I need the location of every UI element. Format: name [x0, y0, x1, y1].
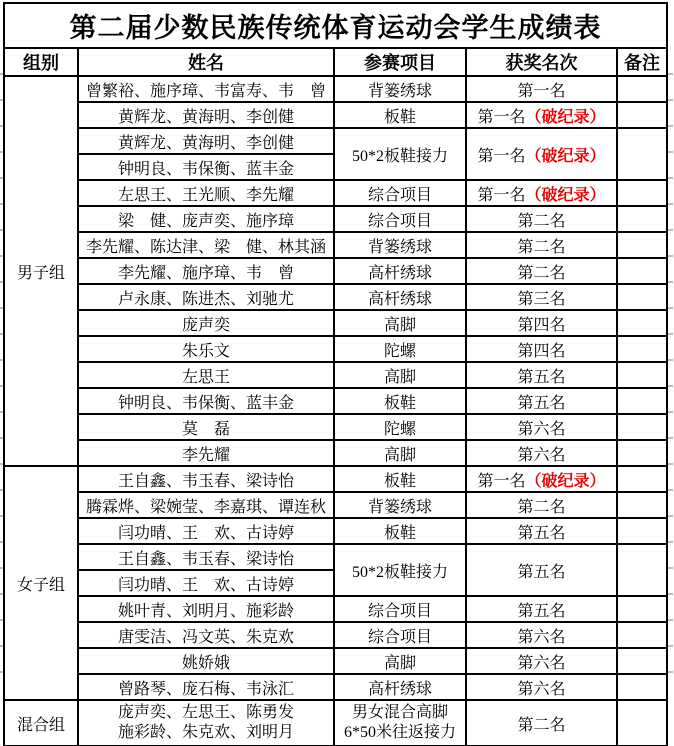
rank-cell: 第一名（破纪录）: [466, 466, 617, 492]
note-cell: [617, 76, 667, 102]
rank-text: 第六名: [517, 447, 565, 464]
names-cell: 姚娇娥: [78, 648, 334, 674]
names-cell: 梁 健、庞声奕、施序璋: [78, 206, 334, 232]
names-cell: 闫功晴、王 欢、古诗婷: [78, 570, 334, 596]
note-cell: [617, 492, 667, 518]
rank-cell: 第二名: [466, 700, 617, 746]
table-row: 唐雯洁、冯文英、朱克欢 综合项目 第六名: [4, 622, 667, 648]
rank-cell: 第五名: [466, 518, 617, 544]
rank-text: 第五名: [517, 369, 565, 386]
rank-text: 第二名: [517, 717, 565, 734]
record-broken-label: （破纪录）: [526, 148, 606, 165]
event-cell: 板鞋: [334, 102, 466, 128]
rank-text: 第三名: [517, 291, 565, 308]
note-cell: [617, 648, 667, 674]
event-cell: 陀螺: [334, 414, 466, 440]
note-cell: [617, 232, 667, 258]
table-row: 莫 磊 陀螺 第六名: [4, 414, 667, 440]
rank-cell: 第二名: [466, 492, 617, 518]
table-row: 王自鑫、韦玉春、梁诗怡 50*2板鞋接力 第五名: [4, 544, 667, 570]
names-cell: 唐雯洁、冯文英、朱克欢: [78, 622, 334, 648]
event-cell: 高脚: [334, 362, 466, 388]
event-cell: 高杆绣球: [334, 258, 466, 284]
event-cell: 高脚: [334, 310, 466, 336]
rank-cell: 第四名: [466, 336, 617, 362]
table-row: 梁 健、庞声奕、施序璋 综合项目 第二名: [4, 206, 667, 232]
rank-cell: 第一名: [466, 76, 617, 102]
names-cell: 庞声奕、左思王、陈勇发 施彩龄、朱克欢、刘明月: [78, 700, 334, 746]
names-cell: 王自鑫、韦玉春、梁诗怡: [78, 544, 334, 570]
note-cell: [617, 414, 667, 440]
event-cell: 高杆绣球: [334, 284, 466, 310]
note-cell: [617, 596, 667, 622]
col-header-event: 参赛项目: [334, 48, 466, 76]
table-row: 庞声奕 高脚 第四名: [4, 310, 667, 336]
note-cell: [617, 388, 667, 414]
table-row: 闫功晴、王 欢、古诗婷 板鞋 第五名: [4, 518, 667, 544]
event-cell: 50*2板鞋接力: [334, 544, 466, 596]
rank-cell: 第六名: [466, 674, 617, 700]
note-cell: [617, 362, 667, 388]
table-row: 李先耀、施序璋、韦 曾 高杆绣球 第二名: [4, 258, 667, 284]
rank-cell: 第一名（破纪录）: [466, 128, 617, 180]
names-cell: 李先耀: [78, 440, 334, 466]
table-row: 左思王 高脚 第五名: [4, 362, 667, 388]
rank-text: 第一名: [477, 187, 525, 204]
note-cell: [617, 466, 667, 492]
table-row: 卢永康、陈进杰、刘驰尤 高杆绣球 第三名: [4, 284, 667, 310]
table-row: 钟明良、韦保衡、蓝丰金 板鞋 第五名: [4, 388, 667, 414]
event-cell: 高杆绣球: [334, 674, 466, 700]
event-cell: 背篓绣球: [334, 492, 466, 518]
note-cell: [617, 258, 667, 284]
rank-text: 第五名: [517, 525, 565, 542]
rank-cell: 第二名: [466, 258, 617, 284]
rank-text: 第四名: [517, 343, 565, 360]
event-cell: 综合项目: [334, 622, 466, 648]
score-sheet: 第二届少数民族传统体育运动会学生成绩表 组别 姓名 参赛项目 获奖名次 备注 男…: [3, 2, 668, 746]
names-cell: 曾路琴、庞石梅、韦泳汇: [78, 674, 334, 700]
table-row: 李先耀 高脚 第六名: [4, 440, 667, 466]
rank-text: 第五名: [517, 395, 565, 412]
rank-cell: 第二名: [466, 232, 617, 258]
rank-text: 第五名: [517, 564, 565, 581]
names-cell: 李先耀、陈达津、梁 健、林其涵: [78, 232, 334, 258]
score-table: 第二届少数民族传统体育运动会学生成绩表 组别 姓名 参赛项目 获奖名次 备注 男…: [3, 2, 668, 746]
names-cell: 钟明良、韦保衡、蓝丰金: [78, 154, 334, 180]
page-title: 第二届少数民族传统体育运动会学生成绩表: [4, 3, 667, 48]
rank-text: 第一名: [517, 83, 565, 100]
record-broken-label: （破纪录）: [526, 473, 606, 490]
names-cell: 黄辉龙、黄海明、李创健: [78, 128, 334, 154]
rank-cell: 第五名: [466, 596, 617, 622]
col-header-names: 姓名: [78, 48, 334, 76]
rank-cell: 第一名（破纪录）: [466, 180, 617, 206]
rank-cell: 第六名: [466, 414, 617, 440]
names-cell: 姚叶青、刘明月、施彩龄: [78, 596, 334, 622]
rank-text: 第二名: [517, 499, 565, 516]
table-row: 混合组 庞声奕、左思王、陈勇发 施彩龄、朱克欢、刘明月 男女混合高脚 6*50米…: [4, 700, 667, 746]
table-row: 姚娇娥 高脚 第六名: [4, 648, 667, 674]
names-cell: 朱乐文: [78, 336, 334, 362]
note-cell: [617, 128, 667, 180]
names-cell: 曾繁裕、施序璋、韦富寿、韦 曾: [78, 76, 334, 102]
rank-text: 第六名: [517, 681, 565, 698]
rank-text: 第二名: [517, 239, 565, 256]
col-header-note: 备注: [617, 48, 667, 76]
event-cell: 50*2板鞋接力: [334, 128, 466, 180]
event-cell: 男女混合高脚 6*50米往返接力: [334, 700, 466, 746]
group-label-men: 男子组: [4, 76, 78, 466]
table-row: 左思王、王光顺、李先耀 综合项目 第一名（破纪录）: [4, 180, 667, 206]
rank-cell: 第六名: [466, 622, 617, 648]
col-header-group: 组别: [4, 48, 78, 76]
event-cell: 综合项目: [334, 206, 466, 232]
rank-cell: 第五名: [466, 362, 617, 388]
names-cell: 腾霖烨、梁婉莹、李嘉琪、谭连秋: [78, 492, 334, 518]
rank-text: 第一名: [477, 473, 525, 490]
rank-cell: 第二名: [466, 206, 617, 232]
note-cell: [617, 336, 667, 362]
note-cell: [617, 206, 667, 232]
note-cell: [617, 440, 667, 466]
names-cell: 李先耀、施序璋、韦 曾: [78, 258, 334, 284]
rank-text: 第六名: [517, 421, 565, 438]
table-row: 腾霖烨、梁婉莹、李嘉琪、谭连秋 背篓绣球 第二名: [4, 492, 667, 518]
rank-text: 第二名: [517, 265, 565, 282]
rank-text: 第四名: [517, 317, 565, 334]
rank-text: 第五名: [517, 603, 565, 620]
note-cell: [617, 622, 667, 648]
names-cell: 黄辉龙、黄海明、李创健: [78, 102, 334, 128]
rank-cell: 第五名: [466, 544, 617, 596]
rank-text: 第六名: [517, 655, 565, 672]
note-cell: [617, 284, 667, 310]
table-row: 李先耀、陈达津、梁 健、林其涵 背篓绣球 第二名: [4, 232, 667, 258]
event-cell: 综合项目: [334, 596, 466, 622]
event-cell: 板鞋: [334, 518, 466, 544]
rank-cell: 第三名: [466, 284, 617, 310]
col-header-rank: 获奖名次: [466, 48, 617, 76]
record-broken-label: （破纪录）: [526, 187, 606, 204]
names-cell: 卢永康、陈进杰、刘驰尤: [78, 284, 334, 310]
table-row: 女子组 王自鑫、韦玉春、梁诗怡 板鞋 第一名（破纪录）: [4, 466, 667, 492]
rank-text: 第一名: [477, 109, 525, 126]
note-cell: [617, 700, 667, 746]
names-cell: 莫 磊: [78, 414, 334, 440]
event-cell: 高脚: [334, 648, 466, 674]
names-cell: 钟明良、韦保衡、蓝丰金: [78, 388, 334, 414]
record-broken-label: （破纪录）: [526, 109, 606, 126]
rank-cell: 第一名（破纪录）: [466, 102, 617, 128]
rank-cell: 第六名: [466, 440, 617, 466]
table-row: 黄辉龙、黄海明、李创健 50*2板鞋接力 第一名（破纪录）: [4, 128, 667, 154]
group-label-women: 女子组: [4, 466, 78, 700]
table-row: 黄辉龙、黄海明、李创健 板鞋 第一名（破纪录）: [4, 102, 667, 128]
event-cell: 综合项目: [334, 180, 466, 206]
table-row: 姚叶青、刘明月、施彩龄 综合项目 第五名: [4, 596, 667, 622]
event-cell: 陀螺: [334, 336, 466, 362]
event-cell: 板鞋: [334, 466, 466, 492]
names-cell: 庞声奕: [78, 310, 334, 336]
rank-text: 第六名: [517, 629, 565, 646]
event-cell: 板鞋: [334, 388, 466, 414]
note-cell: [617, 102, 667, 128]
event-cell: 背篓绣球: [334, 232, 466, 258]
note-cell: [617, 310, 667, 336]
rank-text: 第二名: [517, 213, 565, 230]
group-label-mixed: 混合组: [4, 700, 78, 746]
names-cell: 王自鑫、韦玉春、梁诗怡: [78, 466, 334, 492]
table-row: 朱乐文 陀螺 第四名: [4, 336, 667, 362]
names-cell: 闫功晴、王 欢、古诗婷: [78, 518, 334, 544]
event-cell: 高脚: [334, 440, 466, 466]
note-cell: [617, 674, 667, 700]
rank-text: 第一名: [477, 148, 525, 165]
note-cell: [617, 544, 667, 596]
note-cell: [617, 518, 667, 544]
note-cell: [617, 180, 667, 206]
event-cell: 背篓绣球: [334, 76, 466, 102]
names-cell: 左思王: [78, 362, 334, 388]
table-row: 男子组 曾繁裕、施序璋、韦富寿、韦 曾 背篓绣球 第一名: [4, 76, 667, 102]
rank-cell: 第六名: [466, 648, 617, 674]
table-row: 曾路琴、庞石梅、韦泳汇 高杆绣球 第六名: [4, 674, 667, 700]
rank-cell: 第四名: [466, 310, 617, 336]
rank-cell: 第五名: [466, 388, 617, 414]
names-cell: 左思王、王光顺、李先耀: [78, 180, 334, 206]
